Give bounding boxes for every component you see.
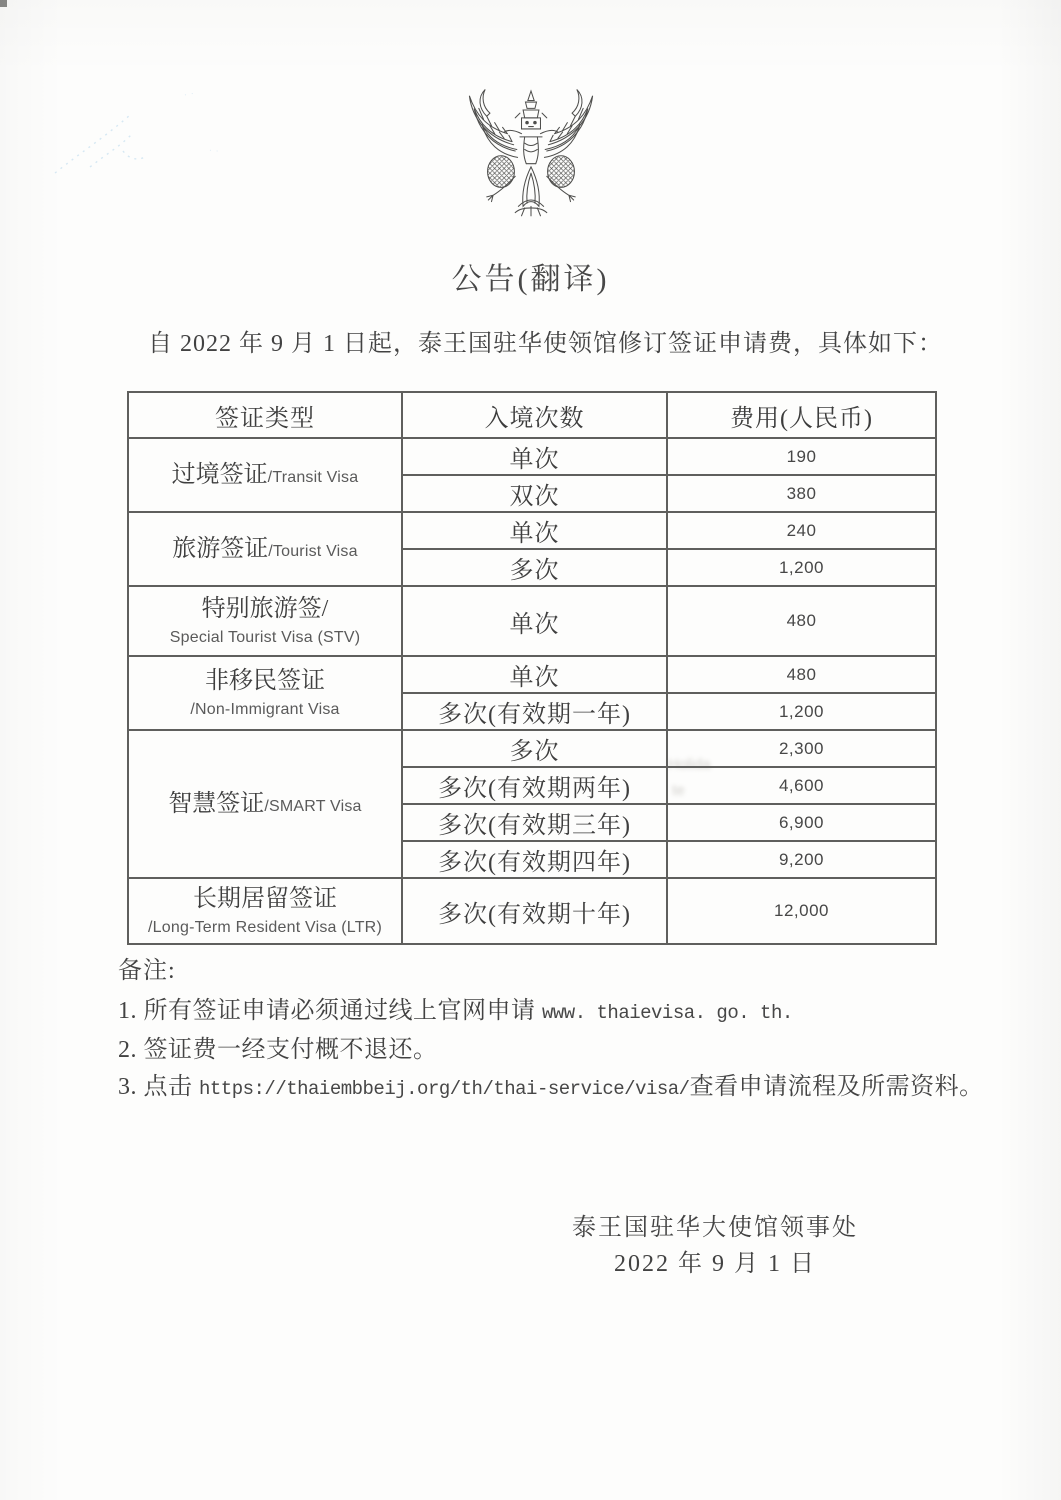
fee-cell: 240 <box>667 512 936 549</box>
table-header-row: 签证类型 入境次数 费用(人民币) <box>128 392 936 438</box>
note-item-3: 3. 点击 https://thaiembbeij.org/th/thai-se… <box>118 1069 958 1108</box>
visa-fee-table: 签证类型 入境次数 费用(人民币) 过境签证/Transit Visa 单次 1… <box>127 391 937 945</box>
fee-cell: 1,200 <box>667 549 936 586</box>
table-row: 特别旅游签/Special Tourist Visa (STV) 单次 480 <box>128 586 936 656</box>
table-row: 非移民签证/Non-Immigrant Visa 单次 480 <box>128 656 936 693</box>
fee-cell: 190 <box>667 438 936 475</box>
notes-section: 备注: 1. 所有签证申请必须通过线上官网申请 www. thaievisa. … <box>118 950 958 1108</box>
entries-cell: 双次 <box>402 475 667 512</box>
signature-date: 2022 年 9 月 1 日 <box>545 1246 885 1282</box>
visa-type-stv: 特别旅游签/Special Tourist Visa (STV) <box>128 586 402 656</box>
document-title: 公告(翻译) <box>0 254 1061 298</box>
fee-cell: 380 <box>667 475 936 512</box>
visa-type-smart: 智慧签证/SMART Visa <box>128 730 402 878</box>
entries-cell: 多次 <box>402 730 667 767</box>
table-row: 智慧签证/SMART Visa 多次 2,300 <box>128 730 936 767</box>
header-entries: 入境次数 <box>402 392 667 438</box>
fee-cell: 1,200 <box>667 693 936 730</box>
notes-label: 备注: <box>118 950 958 985</box>
fee-cell: 12,000 <box>667 878 936 944</box>
visa-type-ltr: 长期居留签证/Long-Term Resident Visa (LTR) <box>128 878 402 944</box>
scanned-announcement-page: Holida te <box>0 0 1061 1500</box>
fee-cell: 9,200 <box>667 841 936 878</box>
fee-cell: 6,900 <box>667 804 936 841</box>
evisa-url[interactable]: www. thaievisa. go. th. <box>542 1002 793 1024</box>
scan-ink-bleed-artifact <box>35 55 235 185</box>
note-item-1: 1. 所有签证申请必须通过线上官网申请 www. thaievisa. go. … <box>118 993 958 1032</box>
entries-cell: 多次(有效期四年) <box>402 841 667 878</box>
table-row: 长期居留签证/Long-Term Resident Visa (LTR) 多次(… <box>128 878 936 944</box>
signature-block: 泰王国驻华大使馆领事处 2022 年 9 月 1 日 <box>545 1210 885 1282</box>
entries-cell: 多次 <box>402 549 667 586</box>
fee-cell: 4,600 <box>667 767 936 804</box>
note-item-2: 2. 签证费一经支付概不退还。 <box>118 1032 958 1069</box>
fee-cell: 480 <box>667 586 936 656</box>
entries-cell: 多次(有效期两年) <box>402 767 667 804</box>
signature-organization: 泰王国驻华大使馆领事处 <box>545 1210 885 1246</box>
visa-type-tourist: 旅游签证/Tourist Visa <box>128 512 402 586</box>
visa-type-transit: 过境签证/Transit Visa <box>128 438 402 512</box>
table-row: 过境签证/Transit Visa 单次 190 <box>128 438 936 475</box>
intro-paragraph: 自 2022 年 9 月 1 日起，泰王国驻华使领馆修订签证申请费，具体如下： <box>122 327 942 361</box>
embassy-url[interactable]: https://thaiembbeij.org/th/thai-service/… <box>199 1078 690 1100</box>
visa-type-non-immigrant: 非移民签证/Non-Immigrant Visa <box>128 656 402 730</box>
entries-cell: 多次(有效期三年) <box>402 804 667 841</box>
garuda-emblem-icon <box>452 80 610 230</box>
entries-cell: 多次(有效期十年) <box>402 878 667 944</box>
fee-cell: 2,300 <box>667 730 936 767</box>
entries-cell: 单次 <box>402 656 667 693</box>
entries-cell: 多次(有效期一年) <box>402 693 667 730</box>
entries-cell: 单次 <box>402 512 667 549</box>
entries-cell: 单次 <box>402 438 667 475</box>
header-visa-type: 签证类型 <box>128 392 402 438</box>
scan-corner-artifact <box>0 0 7 7</box>
header-fee: 费用(人民币) <box>667 392 936 438</box>
entries-cell: 单次 <box>402 586 667 656</box>
fee-cell: 480 <box>667 656 936 693</box>
table-row: 旅游签证/Tourist Visa 单次 240 <box>128 512 936 549</box>
